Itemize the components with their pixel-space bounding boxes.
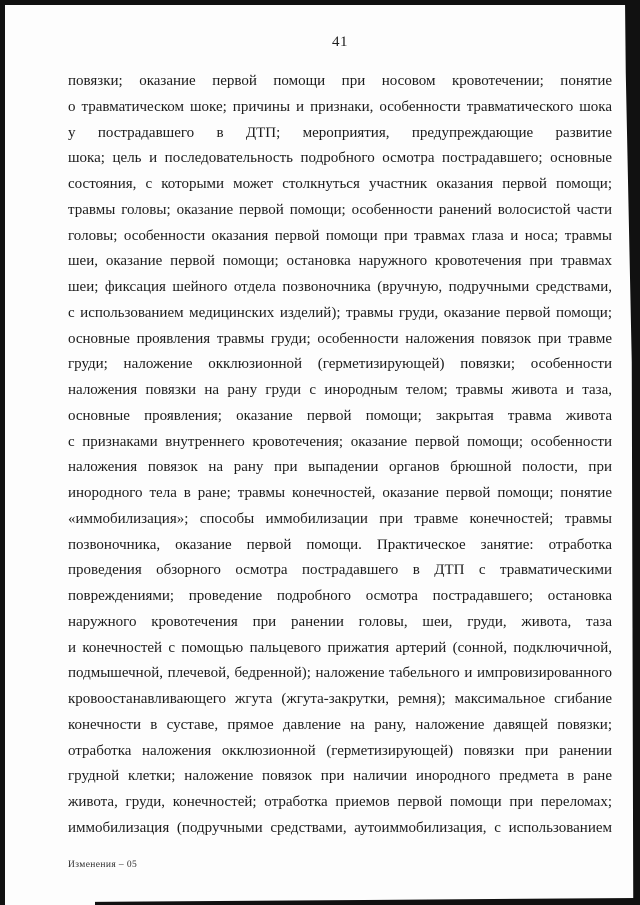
text-line: с признаками внутреннего кровотечения; о… [68, 430, 612, 456]
text-line: проведения обзорного осмотра пострадавше… [68, 558, 612, 584]
text-line: и конечностей с помощью пальцевого прижа… [68, 636, 612, 662]
document-page: 41 повязки; оказание первой помощи при н… [0, 0, 640, 905]
text-line: наружного кровотечения при ранении голов… [68, 610, 612, 636]
scan-edge-right [625, 0, 640, 905]
scan-edge-bottom [95, 898, 640, 905]
footer-note: Изменения – 05 [68, 860, 137, 870]
text-line: подмышечной, плечевой, бедренной); налож… [68, 661, 612, 687]
text-line: основные проявления; оказание первой пом… [68, 404, 612, 430]
scan-edge-top [0, 0, 640, 5]
text-line: с использованием медицинских изделий); т… [68, 301, 612, 327]
text-line: головы; особенности оказания первой помо… [68, 224, 612, 250]
text-line: наложения повязок на рану при выпадении … [68, 455, 612, 481]
page-number: 41 [68, 34, 612, 51]
text-line: кровоостанавливающего жгута (жгута-закру… [68, 687, 612, 713]
scan-edge-left [0, 0, 5, 905]
text-line: грудной клетки; наложение повязок при на… [68, 764, 612, 790]
text-line: повреждениями; проведение подробного осм… [68, 584, 612, 610]
text-line: у пострадавшего в ДТП; мероприятия, пред… [68, 121, 612, 147]
text-line: иммобилизация (подручными средствами, ау… [68, 816, 612, 842]
text-line: шока; цель и последовательность подробно… [68, 146, 612, 172]
text-line: шеи, оказание первой помощи; остановка н… [68, 249, 612, 275]
text-line: отработка наложения окклюзионной (гермет… [68, 739, 612, 765]
text-line: груди; наложение окклюзионной (герметизи… [68, 352, 612, 378]
text-line: травмы головы; оказание первой помощи; о… [68, 198, 612, 224]
text-line: инородного тела в ране; травмы конечност… [68, 481, 612, 507]
text-line: конечности в суставе, прямое давление на… [68, 713, 612, 739]
text-line: повязки; оказание первой помощи при носо… [68, 69, 612, 95]
body-text: повязки; оказание первой помощи при носо… [68, 69, 612, 842]
text-line: позвоночника, оказание первой помощи. Пр… [68, 533, 612, 559]
text-line: состояния, с которыми может столкнуться … [68, 172, 612, 198]
text-line: живота, груди, конечностей; отработка пр… [68, 790, 612, 816]
text-line: наложения повязки на рану груди с инород… [68, 378, 612, 404]
text-line: основные проявления травмы груди; особен… [68, 327, 612, 353]
text-line: шеи; фиксация шейного отдела позвоночник… [68, 275, 612, 301]
text-line: «иммобилизация»; способы иммобилизации п… [68, 507, 612, 533]
text-line: о травматическом шоке; причины и признак… [68, 95, 612, 121]
